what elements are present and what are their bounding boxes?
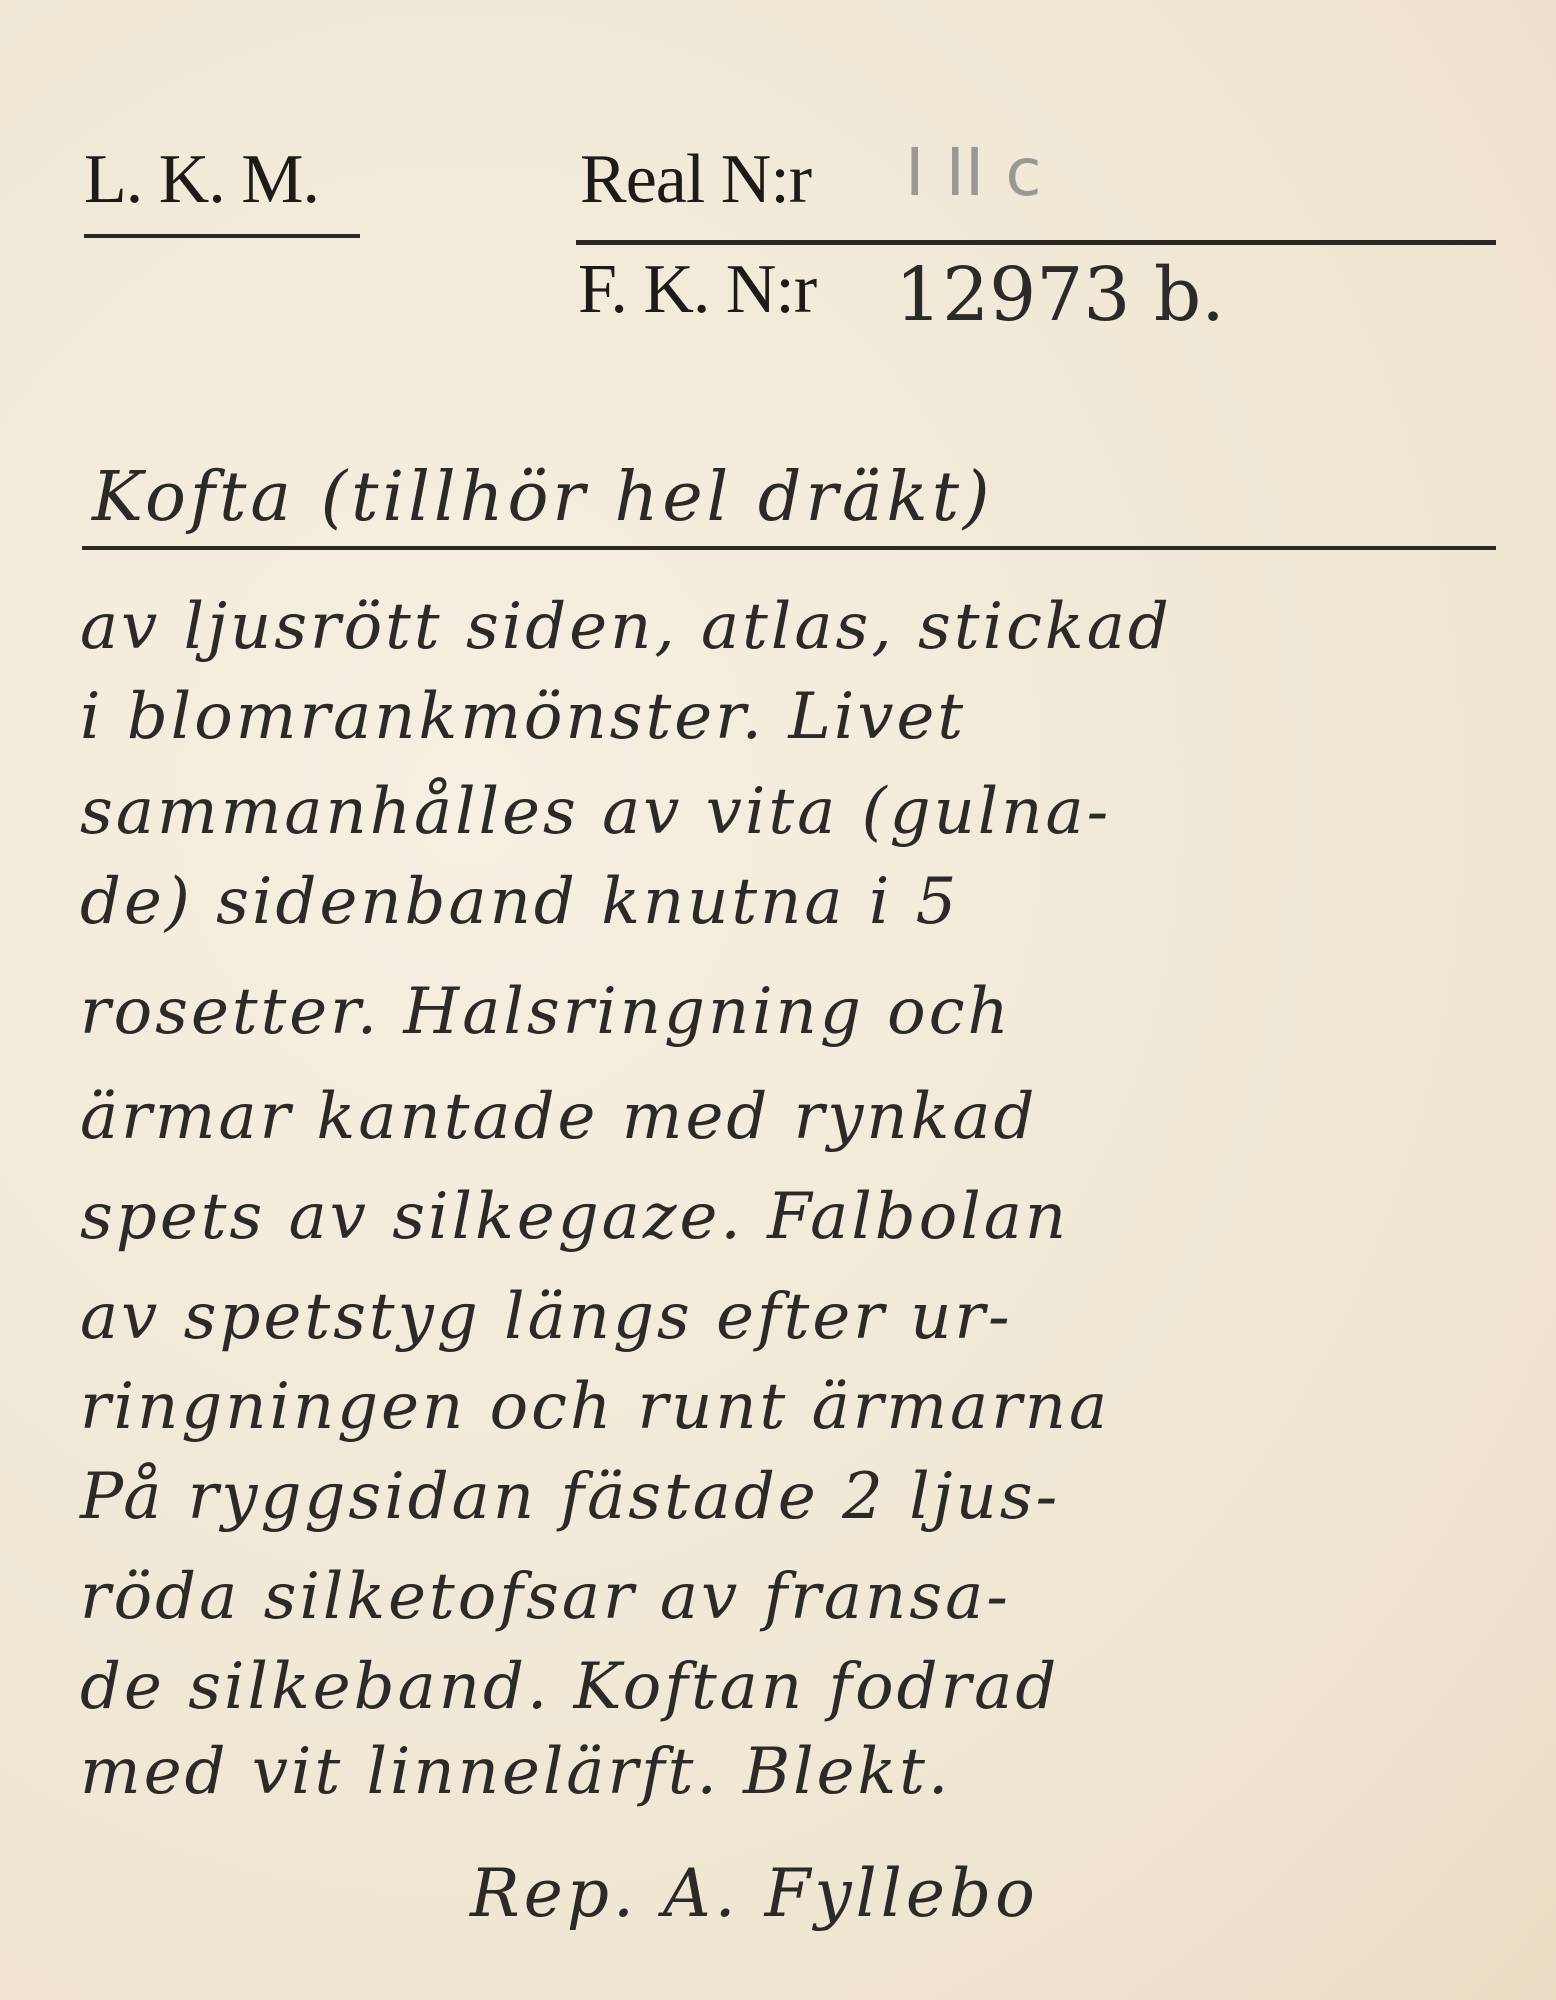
description-line: de) sidenband knutna i 5 xyxy=(80,865,959,939)
description-line: ärmar kantade med rynkad xyxy=(80,1080,1038,1154)
description-line: röda silketofsar av fransa- xyxy=(80,1560,1011,1634)
description-line: sammanhålles av vita (gulna- xyxy=(80,775,1111,849)
real-nr-rule xyxy=(576,240,1496,245)
fk-nr-label: F. K. N:r xyxy=(578,250,816,330)
description-line: med vit linnelärft. Blekt. xyxy=(80,1735,951,1809)
institution-underline xyxy=(84,234,360,238)
real-nr-value: I II c xyxy=(905,134,1042,211)
institution-label: L. K. M. xyxy=(84,140,319,220)
item-title: Kofta (tillhör hel dräkt) xyxy=(92,458,994,537)
fk-nr-value: 12973 b. xyxy=(895,252,1225,338)
description-line: de silkeband. Koftan fodrad xyxy=(80,1650,1059,1724)
title-rule xyxy=(82,546,1496,550)
description-line: På ryggsidan fästade 2 ljus- xyxy=(80,1460,1060,1534)
real-nr-label: Real N:r xyxy=(580,140,811,220)
description-line: i blomrankmönster. Livet xyxy=(80,680,966,754)
signature: Rep. A. Fyllebo xyxy=(470,1855,1039,1932)
description-line: av spetstyg längs efter ur- xyxy=(80,1280,1013,1354)
description-line: av ljusrött siden, atlas, stickad xyxy=(80,590,1172,664)
description-line: spets av silkegaze. Falbolan xyxy=(80,1180,1069,1254)
description-line: rosetter. Halsringning och xyxy=(80,975,1012,1049)
description-line: ringningen och runt ärmarna xyxy=(80,1370,1110,1444)
